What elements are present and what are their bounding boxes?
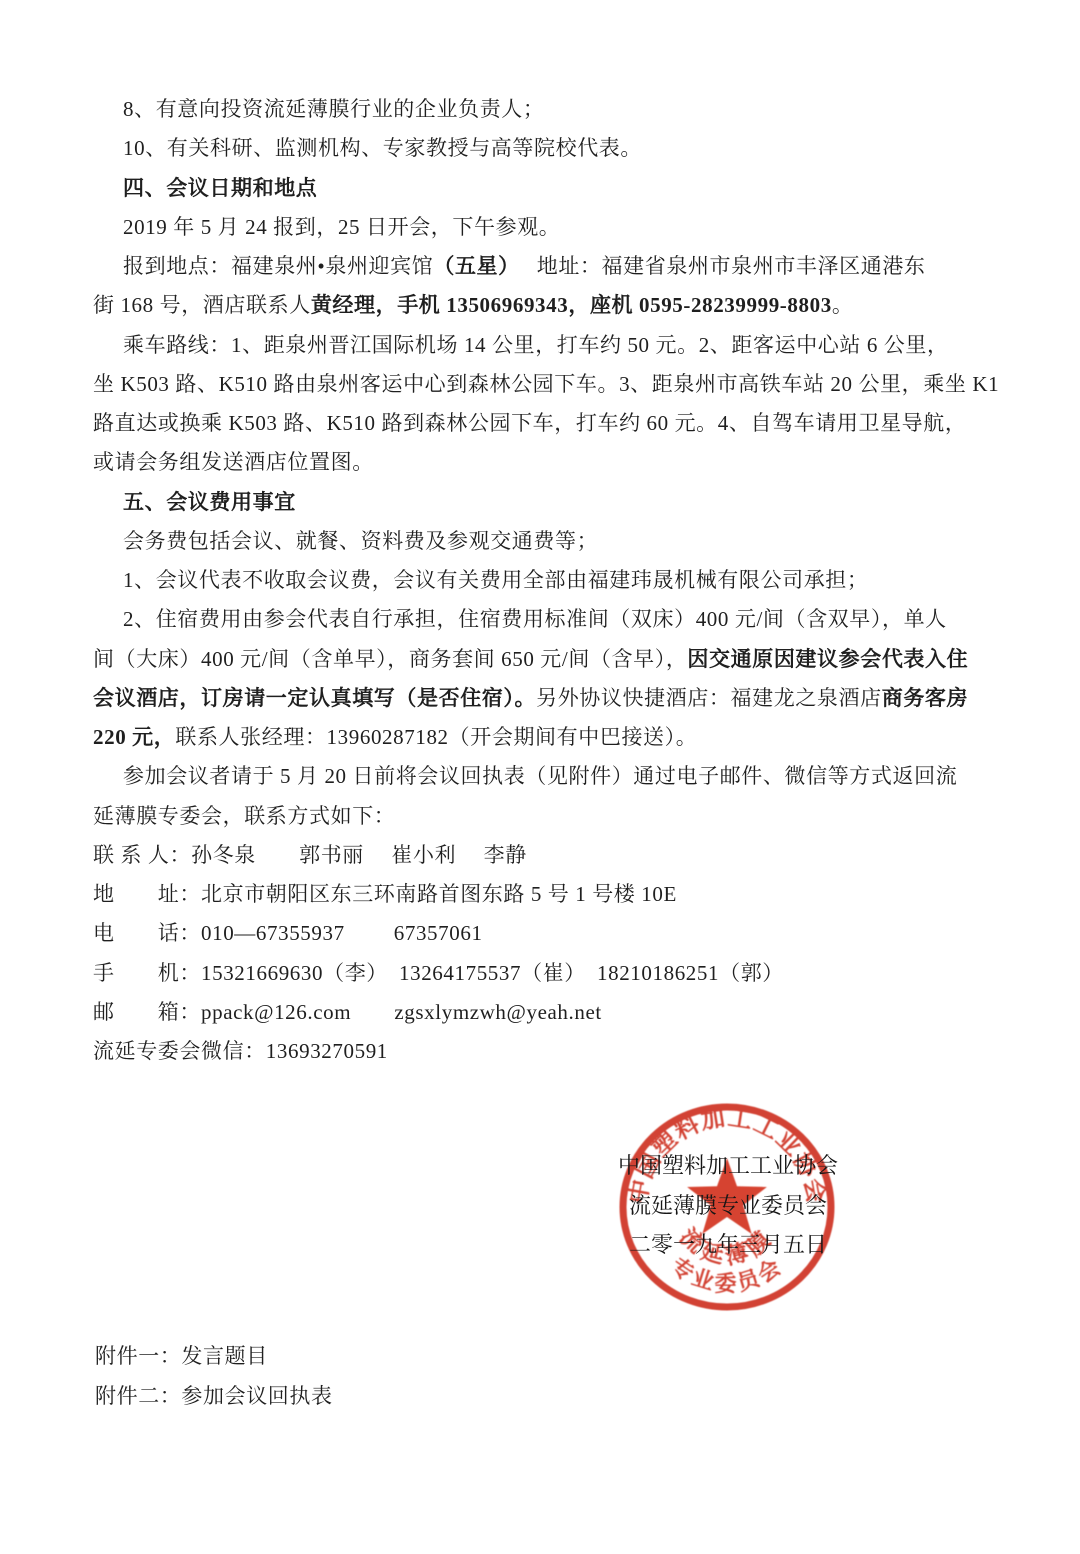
doc-text: 乘车路线：1、距泉州晋江国际机场 14 公里，打车约 50 元。2、距客运中心站… [123, 333, 949, 357]
doc-line: 2019 年 5 月 24 报到，25 日开会，下午参观。 [93, 208, 993, 247]
doc-line: 地 址：北京市朝阳区东三环南路首图东路 5 号 1 号楼 10E [93, 875, 993, 914]
doc-text-bold: 会议酒店，订房请一定认真填写（是否住宿）。 [93, 686, 536, 710]
doc-line: 街 168 号，酒店联系人黄经理，手机 13506969343，座机 0595-… [93, 286, 993, 325]
doc-text: 延薄膜专委会，联系方式如下： [93, 804, 395, 828]
doc-line: 或请会务组发送酒店位置图。 [93, 443, 993, 482]
doc-text: 2、住宿费用由参会代表自行承担，住宿费用标准间（双床）400 元/间（含双早），… [123, 607, 947, 631]
doc-line: 电 话：010—67355937 67357061 [93, 914, 993, 953]
signature-date-line: 二零一九年三月五日 [563, 1225, 893, 1265]
doc-text: 联系人张经理：13960287182（开会期间有中巴接送）。 [175, 725, 697, 749]
signature-org-line: 中国塑料加工工业协会 [563, 1146, 893, 1186]
signature-committee-line: 流延薄膜专业委员会 [563, 1186, 893, 1226]
doc-text-bold: 商务客房 [882, 686, 968, 710]
doc-text: 参加会议者请于 5 月 20 日前将会议回执表（见附件）通过电子邮件、微信等方式… [123, 764, 957, 788]
doc-line: 报到地点：福建泉州•泉州迎宾馆（五星） 地址：福建省泉州市泉州市丰泽区通港东 [93, 247, 993, 286]
doc-text: 地 址：北京市朝阳区东三环南路首图东路 5 号 1 号楼 10E [93, 882, 677, 906]
doc-text: 间（大床）400 元/间（含单早），商务套间 650 元/间（含早）， [93, 647, 687, 671]
doc-text: 坐 K503 路、K510 路由泉州客运中心到森林公园下车。3、距泉州市高铁车站… [93, 372, 999, 396]
doc-text-bold: 黄经理，手机 13506969343，座机 0595-28239999-8803 [311, 293, 832, 317]
doc-text: 联 系 人：孙冬泉 郭书丽 崔小利 李静 [93, 843, 527, 867]
doc-text-bold: 220 元， [93, 725, 175, 749]
doc-text-bold: 四、会议日期和地点 [123, 176, 317, 200]
doc-text: 街 168 号，酒店联系人 [93, 293, 311, 317]
doc-line: 2、住宿费用由参会代表自行承担，住宿费用标准间（双床）400 元/间（含双早），… [93, 600, 993, 639]
doc-line: 会务费包括会议、就餐、资料费及参观交通费等； [93, 522, 993, 561]
doc-line: 8、有意向投资流延薄膜行业的企业负责人； [93, 90, 993, 129]
doc-text: 1、会议代表不收取会议费，会议有关费用全部由福建玮晟机械有限公司承担； [123, 568, 869, 592]
doc-line: 1、会议代表不收取会议费，会议有关费用全部由福建玮晟机械有限公司承担； [93, 561, 993, 600]
attachments-list: 附件一：发言题目 附件二：参加会议回执表 [95, 1336, 333, 1416]
doc-text: 地址：福建省泉州市泉州市丰泽区通港东 [509, 254, 925, 278]
doc-line: 四、会议日期和地点 [93, 169, 993, 208]
doc-text: 手 机：15321669630（李） 13264175537（崔） 182101… [93, 961, 784, 985]
doc-line: 坐 K503 路、K510 路由泉州客运中心到森林公园下车。3、距泉州市高铁车站… [93, 365, 993, 404]
signature-block: 中国塑料加工工业协会 流延薄膜专业委员会 二零一九年三月五日 [563, 1146, 893, 1265]
doc-line: 间（大床）400 元/间（含单早），商务套间 650 元/间（含早），因交通原因… [93, 640, 993, 679]
doc-text: 2019 年 5 月 24 报到，25 日开会，下午参观。 [123, 215, 560, 239]
doc-line: 手 机：15321669630（李） 13264175537（崔） 182101… [93, 954, 993, 993]
doc-text: 另外协议快捷酒店：福建龙之泉酒店 [536, 686, 882, 710]
doc-text: 报到地点：福建泉州•泉州迎宾馆 [123, 254, 433, 278]
doc-text: 电 话：010—67355937 67357061 [93, 921, 483, 945]
doc-text: 流延专委会微信：13693270591 [93, 1039, 388, 1063]
doc-text-bold: 五、会议费用事宜 [123, 490, 296, 514]
doc-line: 10、有关科研、监测机构、专家教授与高等院校代表。 [93, 129, 993, 168]
doc-text: 会务费包括会议、就餐、资料费及参观交通费等； [123, 529, 598, 553]
doc-text: 。 [832, 293, 854, 317]
doc-line: 邮 箱：ppack@126.com zgsxlymzwh@yeah.net [93, 993, 993, 1032]
doc-text-bold: 因交通原因建议参会代表入住 [687, 647, 968, 671]
doc-line: 五、会议费用事宜 [93, 483, 993, 522]
attachment-item-1: 附件一：发言题目 [95, 1336, 333, 1376]
doc-text: 8、有意向投资流延薄膜行业的企业负责人； [123, 97, 545, 121]
doc-line: 参加会议者请于 5 月 20 日前将会议回执表（见附件）通过电子邮件、微信等方式… [93, 757, 993, 796]
doc-line: 延薄膜专委会，联系方式如下： [93, 797, 993, 836]
doc-line: 路直达或换乘 K503 路、K510 路到森林公园下车，打车约 60 元。4、自… [93, 404, 993, 443]
attachment-item-2: 附件二：参加会议回执表 [95, 1376, 333, 1416]
doc-text: 或请会务组发送酒店位置图。 [93, 450, 374, 474]
doc-text: 10、有关科研、监测机构、专家教授与高等院校代表。 [123, 136, 642, 160]
doc-text-bold: （五星） [433, 254, 509, 278]
doc-text: 路直达或换乘 K503 路、K510 路到森林公园下车，打车约 60 元。4、自… [93, 411, 966, 435]
doc-line: 会议酒店，订房请一定认真填写（是否住宿）。另外协议快捷酒店：福建龙之泉酒店商务客… [93, 679, 993, 718]
doc-line: 220 元，联系人张经理：13960287182（开会期间有中巴接送）。 [93, 718, 993, 757]
doc-text: 邮 箱：ppack@126.com zgsxlymzwh@yeah.net [93, 1000, 602, 1024]
doc-body: 8、有意向投资流延薄膜行业的企业负责人；10、有关科研、监测机构、专家教授与高等… [93, 90, 993, 1071]
doc-line: 联 系 人：孙冬泉 郭书丽 崔小利 李静 [93, 836, 993, 875]
doc-line: 乘车路线：1、距泉州晋江国际机场 14 公里，打车约 50 元。2、距客运中心站… [93, 326, 993, 365]
doc-line: 流延专委会微信：13693270591 [93, 1032, 993, 1071]
document-page: 8、有意向投资流延薄膜行业的企业负责人；10、有关科研、监测机构、专家教授与高等… [0, 0, 1080, 1554]
